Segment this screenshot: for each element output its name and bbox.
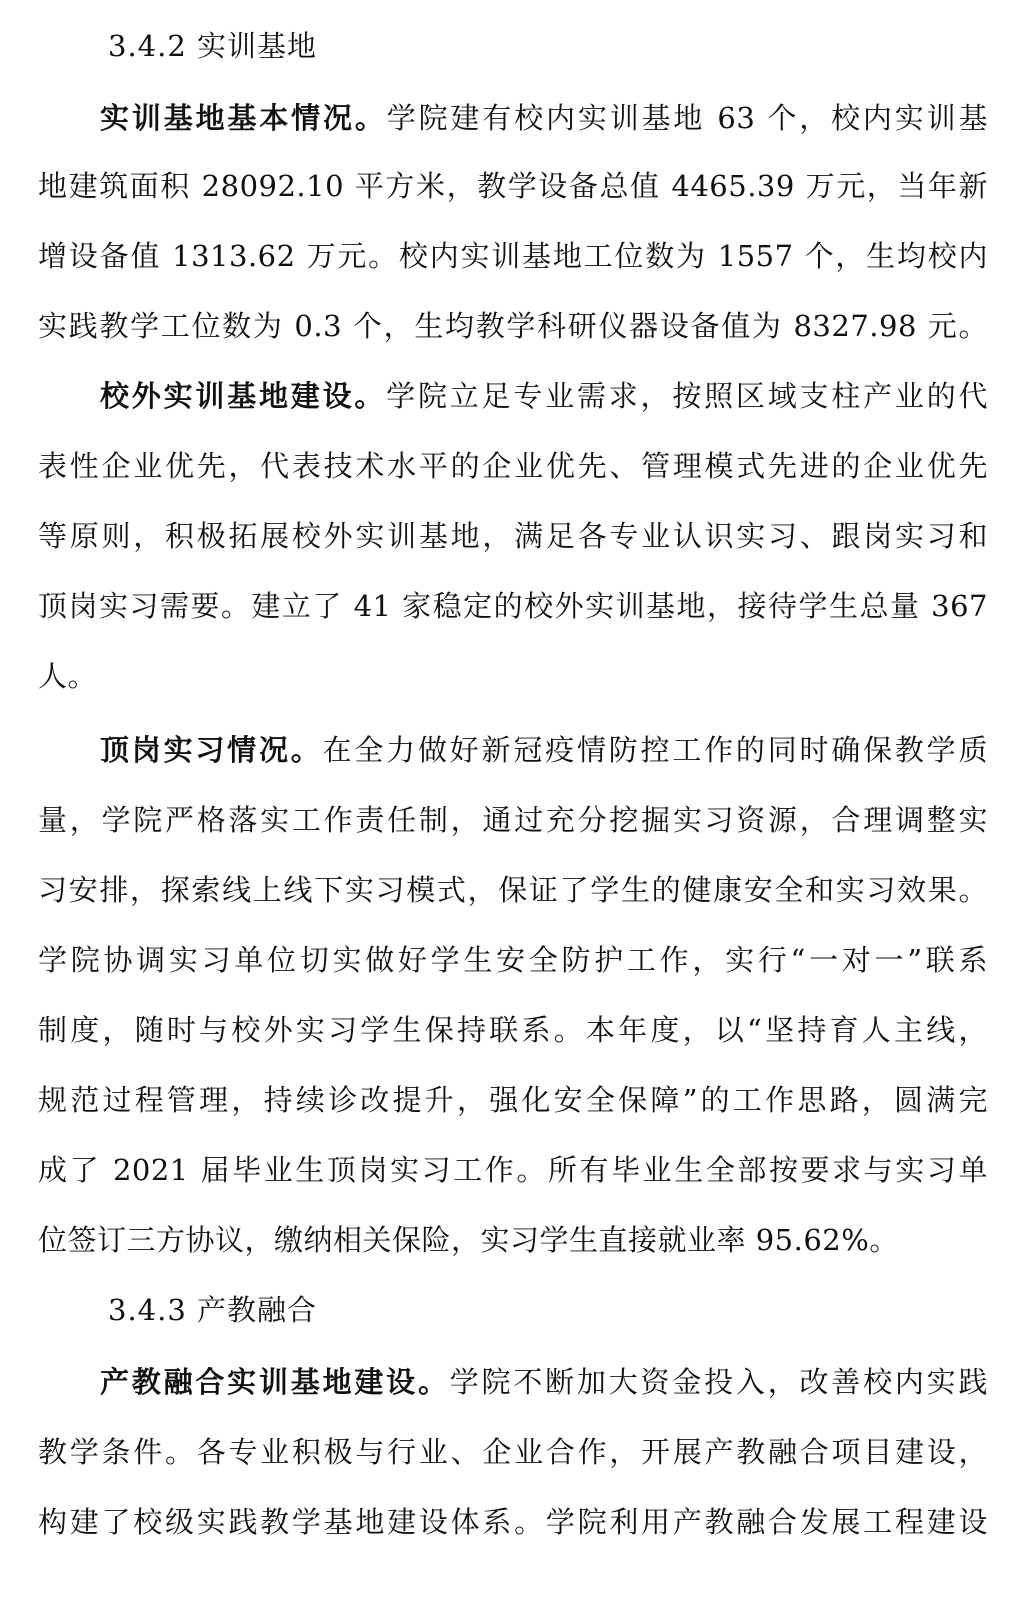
paragraph-basic-info-line-3: 增设备值 1313.62 万元。校内实训基地工位数为 1557 个，生均校内 (38, 236, 988, 276)
paragraph-offcampus-line-1: 校外实训基地建设。学院立足专业需求，按照区域支柱产业的代 (100, 376, 988, 416)
paragraph-basic-info-line-2: 地建筑面积 28092.10 平方米，教学设备总值 4465.39 万元，当年新 (38, 166, 988, 206)
paragraph-offcampus-line-2: 表性企业优先，代表技术水平的企业优先、管理模式先进的企业优先 (38, 446, 988, 486)
paragraph-offcampus-line-3: 等原则，积极拓展校外实训基地，满足各专业认识实习、跟岗实习和 (38, 516, 988, 556)
section-heading-industry-education: 3.4.3 产教融合 (108, 1290, 317, 1330)
paragraph-internship-line-4: 学院协调实习单位切实做好学生安全防护工作，实行“一对一”联系 (38, 940, 988, 980)
paragraph-internship-line-3: 习安排，探索线上线下实习模式，保证了学生的健康安全和实习效果。 (38, 870, 988, 910)
paragraph-text: 学院不断加大资金投入，改善校内实践 (450, 1365, 988, 1399)
paragraph-integration-line-1: 产教融合实训基地建设。学院不断加大资金投入，改善校内实践 (100, 1362, 988, 1402)
paragraph-internship-line-7: 成了 2021 届毕业生顶岗实习工作。所有毕业生全部按要求与实习单 (38, 1150, 988, 1190)
document-page: 3.4.2 实训基地 实训基地基本情况。学院建有校内实训基地 63 个，校内实训… (0, 0, 1024, 1599)
paragraph-lead-internship: 顶岗实习情况。 (100, 733, 323, 767)
paragraph-lead-integration: 产教融合实训基地建设。 (100, 1365, 450, 1399)
paragraph-internship-line-2: 量，学院严格落实工作责任制，通过充分挖掘实习资源，合理调整实 (38, 800, 988, 840)
paragraph-internship-line-1: 顶岗实习情况。在全力做好新冠疫情防控工作的同时确保教学质 (100, 730, 988, 770)
paragraph-lead-basic-info: 实训基地基本情况。 (100, 101, 387, 135)
paragraph-basic-info-line-4: 实践教学工位数为 0.3 个，生均教学科研仪器设备值为 8327.98 元。 (38, 306, 988, 346)
paragraph-internship-line-5: 制度，随时与校外实习学生保持联系。本年度，以“坚持育人主线， (38, 1010, 988, 1050)
paragraph-text: 学院立足专业需求，按照区域支柱产业的代 (386, 379, 988, 413)
section-heading-training-base: 3.4.2 实训基地 (108, 26, 317, 66)
paragraph-lead-offcampus: 校外实训基地建设。 (100, 379, 386, 413)
paragraph-internship-line-8: 位签订三方协议，缴纳相关保险，实习学生直接就业率 95.62%。 (38, 1220, 988, 1260)
paragraph-integration-line-3: 构建了校级实践教学基地建设体系。学院利用产教融合发展工程建设 (38, 1502, 988, 1542)
paragraph-offcampus-line-4: 顶岗实习需要。建立了 41 家稳定的校外实训基地，接待学生总量 367 (38, 586, 988, 626)
paragraph-offcampus-line-5: 人。 (38, 656, 988, 696)
paragraph-integration-line-2: 教学条件。各专业积极与行业、企业合作，开展产教融合项目建设， (38, 1432, 988, 1472)
paragraph-text: 学院建有校内实训基地 63 个，校内实训基 (387, 101, 988, 135)
paragraph-basic-info-line-1: 实训基地基本情况。学院建有校内实训基地 63 个，校内实训基 (100, 98, 988, 138)
paragraph-text: 在全力做好新冠疫情防控工作的同时确保教学质 (323, 733, 988, 767)
paragraph-internship-line-6: 规范过程管理，持续诊改提升，强化安全保障”的工作思路，圆满完 (38, 1080, 988, 1120)
